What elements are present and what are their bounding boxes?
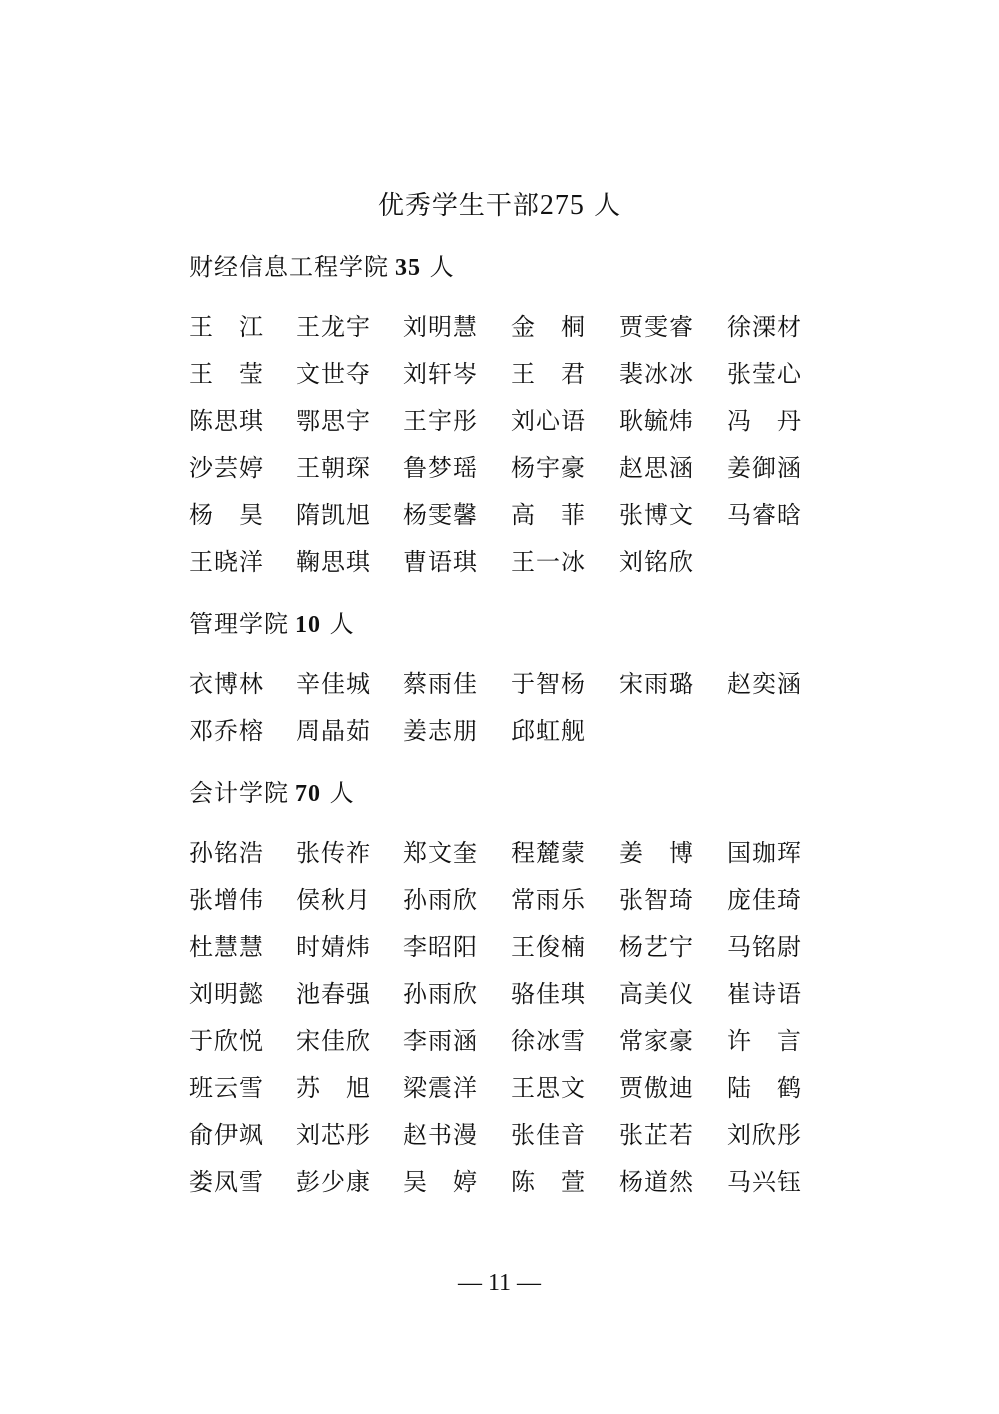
student-name: 陆 鹤 bbox=[727, 1071, 802, 1105]
section-heading-management: 管理学院10 人 bbox=[189, 607, 355, 642]
student-name: 宋雨璐 bbox=[619, 667, 694, 701]
student-name: 张佳音 bbox=[511, 1118, 586, 1152]
student-name: 金 桐 bbox=[511, 310, 586, 344]
student-name: 李雨涵 bbox=[403, 1024, 478, 1058]
name-row: 孙铭浩张传祚郑文奎程麓蒙姜 博国珈珲 bbox=[189, 836, 829, 883]
student-name: 贾傲迪 bbox=[619, 1071, 694, 1105]
student-name: 时婧炜 bbox=[296, 930, 371, 964]
student-name: 张芷若 bbox=[619, 1118, 694, 1152]
student-name: 姜御涵 bbox=[727, 451, 802, 485]
student-name: 辛佳城 bbox=[296, 667, 371, 701]
name-list-finance-info-engineering: 王 江王龙宇刘明慧金 桐贾雯睿徐溧材王 莹文世夺刘轩岑王 君裴冰冰张莹心陈思琪鄂… bbox=[189, 310, 829, 592]
student-name: 孙铭浩 bbox=[189, 836, 264, 870]
student-name: 梁震洋 bbox=[403, 1071, 478, 1105]
student-name: 杨 昊 bbox=[189, 498, 264, 532]
name-row: 王 莹文世夺刘轩岑王 君裴冰冰张莹心 bbox=[189, 357, 829, 404]
student-name: 王晓洋 bbox=[189, 545, 264, 579]
student-name: 常雨乐 bbox=[511, 883, 586, 917]
student-name: 张智琦 bbox=[619, 883, 694, 917]
student-name: 冯 丹 bbox=[727, 404, 802, 438]
page-title-text: 优秀学生干部 bbox=[378, 191, 540, 221]
student-name: 王龙宇 bbox=[296, 310, 371, 344]
student-name: 马睿晗 bbox=[727, 498, 802, 532]
student-name: 鲁梦瑶 bbox=[403, 451, 478, 485]
section-heading-name: 财经信息工程学院 bbox=[189, 253, 389, 281]
name-row: 娄凤雪彭少康吴 婷陈 萱杨道然马兴钰 bbox=[189, 1165, 829, 1212]
student-name: 邓乔榕 bbox=[189, 714, 264, 748]
student-name: 张莹心 bbox=[727, 357, 802, 391]
name-row: 刘明懿池春强孙雨欣骆佳琪高美仪崔诗语 bbox=[189, 977, 829, 1024]
section-heading-count: 10 bbox=[295, 612, 321, 638]
name-row: 杜慧慧时婧炜李昭阳王俊楠杨艺宁马铭尉 bbox=[189, 930, 829, 977]
student-name: 王思文 bbox=[511, 1071, 586, 1105]
student-name: 王一冰 bbox=[511, 545, 586, 579]
section-heading-accounting: 会计学院70 人 bbox=[189, 776, 355, 811]
student-name: 国珈珲 bbox=[727, 836, 802, 870]
name-row: 班云雪苏 旭梁震洋王思文贾傲迪陆 鹤 bbox=[189, 1071, 829, 1118]
student-name: 宋佳欣 bbox=[296, 1024, 371, 1058]
section-heading-name: 管理学院 bbox=[189, 610, 289, 638]
student-name: 骆佳琪 bbox=[511, 977, 586, 1011]
name-row: 王 江王龙宇刘明慧金 桐贾雯睿徐溧材 bbox=[189, 310, 829, 357]
student-name: 曹语琪 bbox=[403, 545, 478, 579]
student-name: 俞伊飒 bbox=[189, 1118, 264, 1152]
name-row: 俞伊飒刘芯彤赵书漫张佳音张芷若刘欣彤 bbox=[189, 1118, 829, 1165]
section-heading-count: 70 bbox=[295, 781, 321, 807]
student-name: 王俊楠 bbox=[511, 930, 586, 964]
student-name: 沙芸婷 bbox=[189, 451, 264, 485]
student-name: 杨艺宁 bbox=[619, 930, 694, 964]
student-name: 王 莹 bbox=[189, 357, 264, 391]
student-name: 赵奕涵 bbox=[727, 667, 802, 701]
student-name: 王 君 bbox=[511, 357, 586, 391]
student-name: 周晶茹 bbox=[296, 714, 371, 748]
student-name: 于欣悦 bbox=[189, 1024, 264, 1058]
student-name: 池春强 bbox=[296, 977, 371, 1011]
name-row: 于欣悦宋佳欣李雨涵徐冰雪常家豪许 言 bbox=[189, 1024, 829, 1071]
student-name: 班云雪 bbox=[189, 1071, 264, 1105]
student-name: 刘心语 bbox=[511, 404, 586, 438]
student-name: 衣博林 bbox=[189, 667, 264, 701]
student-name: 刘铭欣 bbox=[619, 545, 694, 579]
name-row: 王晓洋鞠思琪曹语琪王一冰刘铭欣 bbox=[189, 545, 829, 592]
student-name: 张博文 bbox=[619, 498, 694, 532]
student-name: 吴 婷 bbox=[403, 1165, 478, 1199]
name-list-accounting: 孙铭浩张传祚郑文奎程麓蒙姜 博国珈珲张增伟侯秋月孙雨欣常雨乐张智琦庞佳琦杜慧慧时… bbox=[189, 836, 829, 1212]
student-name: 杨雯馨 bbox=[403, 498, 478, 532]
name-row: 邓乔榕周晶茹姜志朋邱虹舰 bbox=[189, 714, 829, 761]
student-name: 邱虹舰 bbox=[511, 714, 586, 748]
student-name: 刘欣彤 bbox=[727, 1118, 802, 1152]
student-name: 杨宇豪 bbox=[511, 451, 586, 485]
student-name: 徐冰雪 bbox=[511, 1024, 586, 1058]
student-name: 娄凤雪 bbox=[189, 1165, 264, 1199]
section-heading-name: 会计学院 bbox=[189, 779, 289, 807]
student-name: 彭少康 bbox=[296, 1165, 371, 1199]
student-name: 徐溧材 bbox=[727, 310, 802, 344]
section-heading-finance-info-engineering: 财经信息工程学院35 人 bbox=[189, 250, 455, 285]
student-name: 苏 旭 bbox=[296, 1071, 371, 1105]
section-heading-unit: 人 bbox=[330, 610, 355, 638]
page-title-count: 275 bbox=[540, 190, 585, 221]
student-name: 陈 萱 bbox=[511, 1165, 586, 1199]
student-name: 马兴钰 bbox=[727, 1165, 802, 1199]
student-name: 杨道然 bbox=[619, 1165, 694, 1199]
student-name: 张增伟 bbox=[189, 883, 264, 917]
student-name: 王宇彤 bbox=[403, 404, 478, 438]
student-name: 王 江 bbox=[189, 310, 264, 344]
page-number: — 11 — bbox=[0, 1266, 999, 1300]
student-name: 侯秋月 bbox=[296, 883, 371, 917]
student-name: 张传祚 bbox=[296, 836, 371, 870]
name-row: 陈思琪鄂思宇王宇彤刘心语耿毓炜冯 丹 bbox=[189, 404, 829, 451]
student-name: 常家豪 bbox=[619, 1024, 694, 1058]
student-name: 陈思琪 bbox=[189, 404, 264, 438]
student-name: 程麓蒙 bbox=[511, 836, 586, 870]
student-name: 高 菲 bbox=[511, 498, 586, 532]
name-row: 张增伟侯秋月孙雨欣常雨乐张智琦庞佳琦 bbox=[189, 883, 829, 930]
name-row: 衣博林辛佳城蔡雨佳于智杨宋雨璐赵奕涵 bbox=[189, 667, 829, 714]
page-title-unit: 人 bbox=[594, 191, 621, 221]
student-name: 刘明懿 bbox=[189, 977, 264, 1011]
page-title: 优秀学生干部275 人 bbox=[0, 188, 999, 224]
student-name: 姜 博 bbox=[619, 836, 694, 870]
student-name: 许 言 bbox=[727, 1024, 802, 1058]
student-name: 刘轩岑 bbox=[403, 357, 478, 391]
student-name: 隋凯旭 bbox=[296, 498, 371, 532]
student-name: 耿毓炜 bbox=[619, 404, 694, 438]
student-name: 王朝琛 bbox=[296, 451, 371, 485]
student-name: 孙雨欣 bbox=[403, 883, 478, 917]
student-name: 郑文奎 bbox=[403, 836, 478, 870]
section-heading-count: 35 bbox=[395, 255, 421, 281]
student-name: 蔡雨佳 bbox=[403, 667, 478, 701]
section-heading-unit: 人 bbox=[430, 253, 455, 281]
student-name: 赵书漫 bbox=[403, 1118, 478, 1152]
student-name: 李昭阳 bbox=[403, 930, 478, 964]
student-name: 鞠思琪 bbox=[296, 545, 371, 579]
student-name: 马铭尉 bbox=[727, 930, 802, 964]
student-name: 于智杨 bbox=[511, 667, 586, 701]
student-name: 崔诗语 bbox=[727, 977, 802, 1011]
student-name: 鄂思宇 bbox=[296, 404, 371, 438]
student-name: 刘明慧 bbox=[403, 310, 478, 344]
name-row: 杨 昊隋凯旭杨雯馨高 菲张博文马睿晗 bbox=[189, 498, 829, 545]
student-name: 文世夺 bbox=[296, 357, 371, 391]
student-name: 赵思涵 bbox=[619, 451, 694, 485]
name-list-management: 衣博林辛佳城蔡雨佳于智杨宋雨璐赵奕涵邓乔榕周晶茹姜志朋邱虹舰 bbox=[189, 667, 829, 761]
student-name: 贾雯睿 bbox=[619, 310, 694, 344]
student-name: 杜慧慧 bbox=[189, 930, 264, 964]
section-heading-unit: 人 bbox=[330, 779, 355, 807]
student-name: 庞佳琦 bbox=[727, 883, 802, 917]
name-row: 沙芸婷王朝琛鲁梦瑶杨宇豪赵思涵姜御涵 bbox=[189, 451, 829, 498]
student-name: 高美仪 bbox=[619, 977, 694, 1011]
student-name: 裴冰冰 bbox=[619, 357, 694, 391]
student-name: 姜志朋 bbox=[403, 714, 478, 748]
student-name: 刘芯彤 bbox=[296, 1118, 371, 1152]
student-name: 孙雨欣 bbox=[403, 977, 478, 1011]
